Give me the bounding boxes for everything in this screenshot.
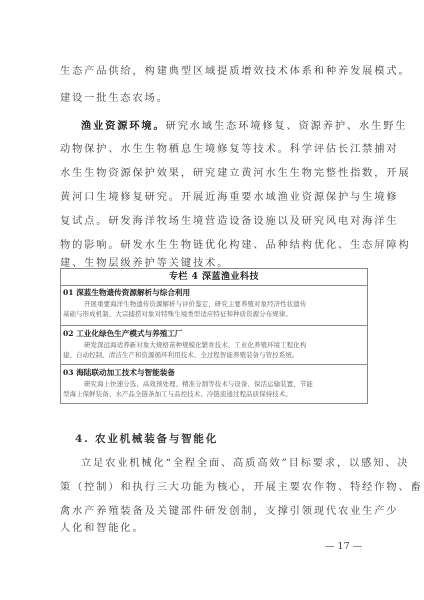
section-4-line-1: 立足农业机械化“全程全面、高质高效”目标要求，以感知、决 <box>81 458 370 470</box>
fishery-env-line-5: 复试点。研发海洋牧场生境营造设备设施以及研究风电对海洋生 <box>60 216 370 228</box>
section-03-heading: 03 海陆联动加工技术与智能装备 <box>63 368 175 378</box>
section-4-line-2: 策（控制）和执行三大功能为核心，开展主要农作物、特经作物、畜 <box>60 482 370 494</box>
fishery-env-line-3: 水生生物资源保护效果，研究建立黄河水生生物完整性指数，开展 <box>60 168 370 180</box>
box-section-02: 02 工业化绿色生产模式与养殖工厂 研发深远海适养新对象大规格苗种规模化繁育技术… <box>61 325 367 365</box>
section-01-line-1: 开展重要海洋生物遗传资源解析与评价鉴定，研究主要养殖对象经济性状遗传 <box>84 299 365 309</box>
section-01-heading: 01 深蓝生物遗传资源解析与综合利用 <box>63 288 190 298</box>
box-section-03: 03 海陆联动加工技术与智能装备 研究海上快速分选、高效预处理、精准分割等技术与… <box>61 364 367 404</box>
column-box: 专栏 4 深蓝渔业科技 01 深蓝生物遗传资源解析与综合利用 开展重要海洋生物遗… <box>60 268 368 404</box>
section-02-heading: 02 工业化绿色生产模式与养殖工厂 <box>63 329 183 339</box>
fishery-env-line-6: 物的影响。研发水生生物链优化构建、品种结构优化、生态屏障构 <box>60 240 370 252</box>
section-03-line-2: 型海上保鲜装备、水产品全链条加工与品控技术、冷链流通过程品质保持技术。 <box>63 389 365 399</box>
section-4-line-4: 人化和智能化。 <box>60 523 370 535</box>
fishery-env-line-4: 黄河口生境修复研究。开展近海重要水域渔业资源保护与生境修 <box>60 192 370 204</box>
section-02-line-2: 建、自动控制、清洁生产和资源循环利用技术、全过程智能养殖装备与管控系统。 <box>63 350 365 360</box>
box-section-01: 01 深蓝生物遗传资源解析与综合利用 开展重要海洋生物遗传资源解析与评价鉴定，研… <box>61 285 367 325</box>
section-03-line-1: 研究海上快速分选、高效预处理、精准分割等技术与设备、保活运输装置、节能 <box>84 379 365 389</box>
section-4-line-3: 禽水产养殖装备及关键部件研发创制，支撑引领现代农业生产少 <box>60 506 370 518</box>
intro-line-2: 建设一批生态农场。 <box>60 93 370 105</box>
fishery-env-heading: 渔业资源环境。 <box>81 120 166 132</box>
section-02-line-1: 研发深远海适养新对象大规格苗种规模化繁育技术、工业化养殖环境工程化构 <box>84 340 365 350</box>
fishery-env-line-2: 动物保护、水生生物栖息生境修复等技术。科学评估长江禁捕对 <box>60 144 370 156</box>
box-title: 专栏 4 深蓝渔业科技 <box>61 269 367 286</box>
document-page: 生态产品供给，构建典型区域提质增效技术体系和种养发展模式。 建设一批生态农场。 … <box>0 0 424 600</box>
section-4-title: 4. 农业机械装备与智能化 <box>75 432 218 446</box>
intro-line-1: 生态产品供给，构建典型区域提质增效技术体系和种养发展模式。 <box>60 66 370 78</box>
fishery-env-line-1: 渔业资源环境。研究水域生态环境修复、资源养护、水生野生 <box>81 120 370 133</box>
fishery-env-text-1: 研究水域生态环境修复、资源养护、水生野生 <box>166 121 408 132</box>
section-01-line-2: 基础与形成机制、大宗捕捞对象对特殊生境类型适应特征和种质资源分布规律。 <box>63 309 365 319</box>
page-number: — 17 — <box>325 541 362 552</box>
